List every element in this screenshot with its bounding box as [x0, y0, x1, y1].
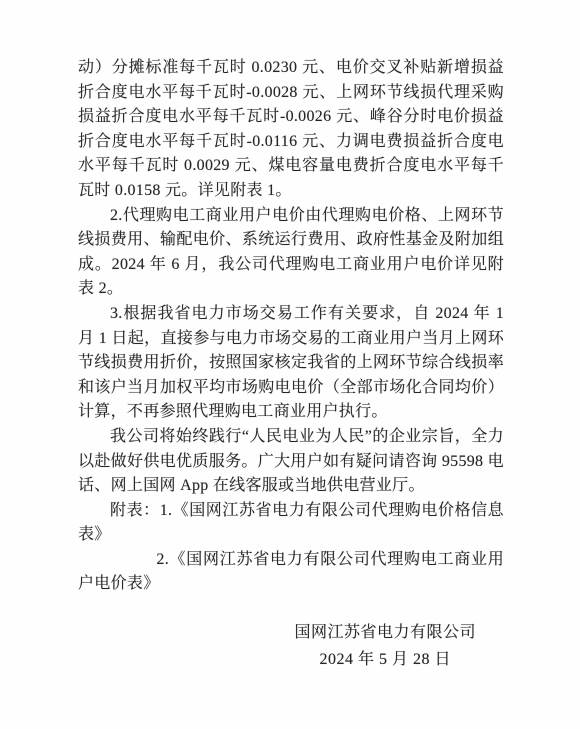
document-page: 动）分摊标准每千瓦时 0.0230 元、电价交叉补贴新增损益折合度电水平每千瓦时…	[0, 0, 580, 729]
paragraph-attachment-2: 2.《国网江苏省电力有限公司代理购电工商业用户电价表》	[78, 548, 504, 597]
paragraph-item-3-market-trading-rule: 3.根据我省电力市场交易工作有关要求，自 2024 年 1 月 1 日起，直接参…	[78, 302, 504, 425]
paragraph-attachment-1: 附表：1.《国网江苏省电力有限公司代理购电价格信息表》	[78, 499, 504, 548]
document-body: 动）分摊标准每千瓦时 0.0230 元、电价交叉补贴新增损益折合度电水平每千瓦时…	[78, 56, 504, 597]
paragraph-service-commitment: 我公司将始终践行“人民电业为人民”的企业宗旨，全力以赴做好供电优质服务。广大用户…	[78, 425, 504, 499]
signature-company-name: 国网江苏省电力有限公司	[294, 619, 476, 646]
signature-block: 国网江苏省电力有限公司 2024 年 5 月 28 日	[294, 619, 476, 673]
signature-date: 2024 年 5 月 28 日	[294, 646, 476, 673]
paragraph-continued-tariff-details: 动）分摊标准每千瓦时 0.0230 元、电价交叉补贴新增损益折合度电水平每千瓦时…	[78, 56, 504, 204]
paragraph-item-2-price-composition: 2.代理购电工商业用户电价由代理购电价格、上网环节线损费用、输配电价、系统运行费…	[78, 204, 504, 302]
